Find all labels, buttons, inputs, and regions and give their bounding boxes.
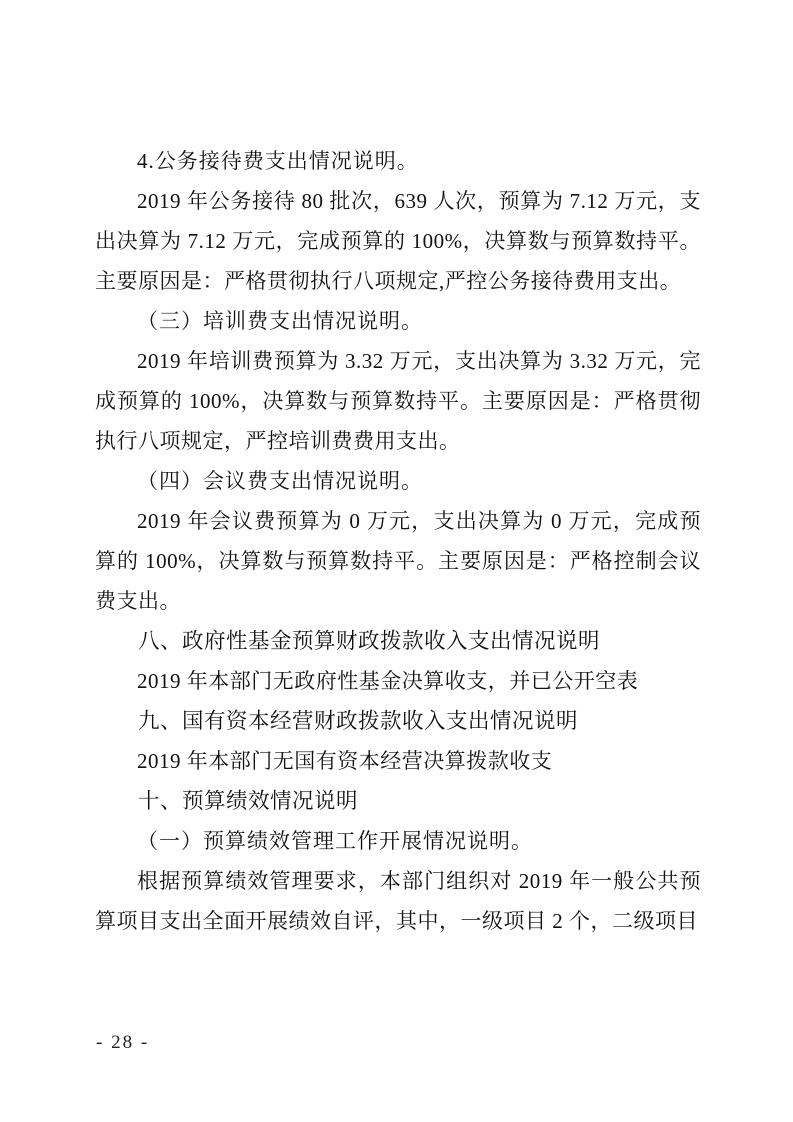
heading-meeting-expense: （四）会议费支出情况说明。 bbox=[95, 461, 701, 501]
para-training-detail: 2019 年培训费预算为 3.32 万元，支出决算为 3.32 万元，完成预算的… bbox=[95, 341, 701, 461]
heading-budget-performance-section: 十、预算绩效情况说明 bbox=[95, 781, 701, 821]
para-meeting-detail: 2019 年会议费预算为 0 万元，支出决算为 0 万元，完成预算的 100%，… bbox=[95, 501, 701, 621]
para-performance-self-evaluation: 根据预算绩效管理要求，本部门组织对 2019 年一般公共预算项目支出全面开展绩效… bbox=[95, 861, 701, 941]
document-page: 4.公务接待费支出情况说明。 2019 年公务接待 80 批次，639 人次，预… bbox=[0, 0, 793, 1122]
heading-hospitality-expense: 4.公务接待费支出情况说明。 bbox=[95, 141, 701, 181]
heading-performance-management: （一）预算绩效管理工作开展情况说明。 bbox=[95, 821, 701, 861]
heading-training-expense: （三）培训费支出情况说明。 bbox=[95, 301, 701, 341]
heading-government-fund-section: 八、政府性基金预算财政拨款收入支出情况说明 bbox=[95, 621, 701, 661]
document-content: 4.公务接待费支出情况说明。 2019 年公务接待 80 批次，639 人次，预… bbox=[95, 141, 701, 941]
page-number: - 28 - bbox=[96, 1030, 149, 1056]
para-state-capital-detail: 2019 年本部门无国有资本经营决算拨款收支 bbox=[95, 741, 701, 781]
para-government-fund-detail: 2019 年本部门无政府性基金决算收支，并已公开空表 bbox=[95, 661, 701, 701]
heading-state-capital-section: 九、国有资本经营财政拨款收入支出情况说明 bbox=[95, 701, 701, 741]
para-hospitality-detail: 2019 年公务接待 80 批次，639 人次，预算为 7.12 万元，支出决算… bbox=[95, 181, 701, 301]
